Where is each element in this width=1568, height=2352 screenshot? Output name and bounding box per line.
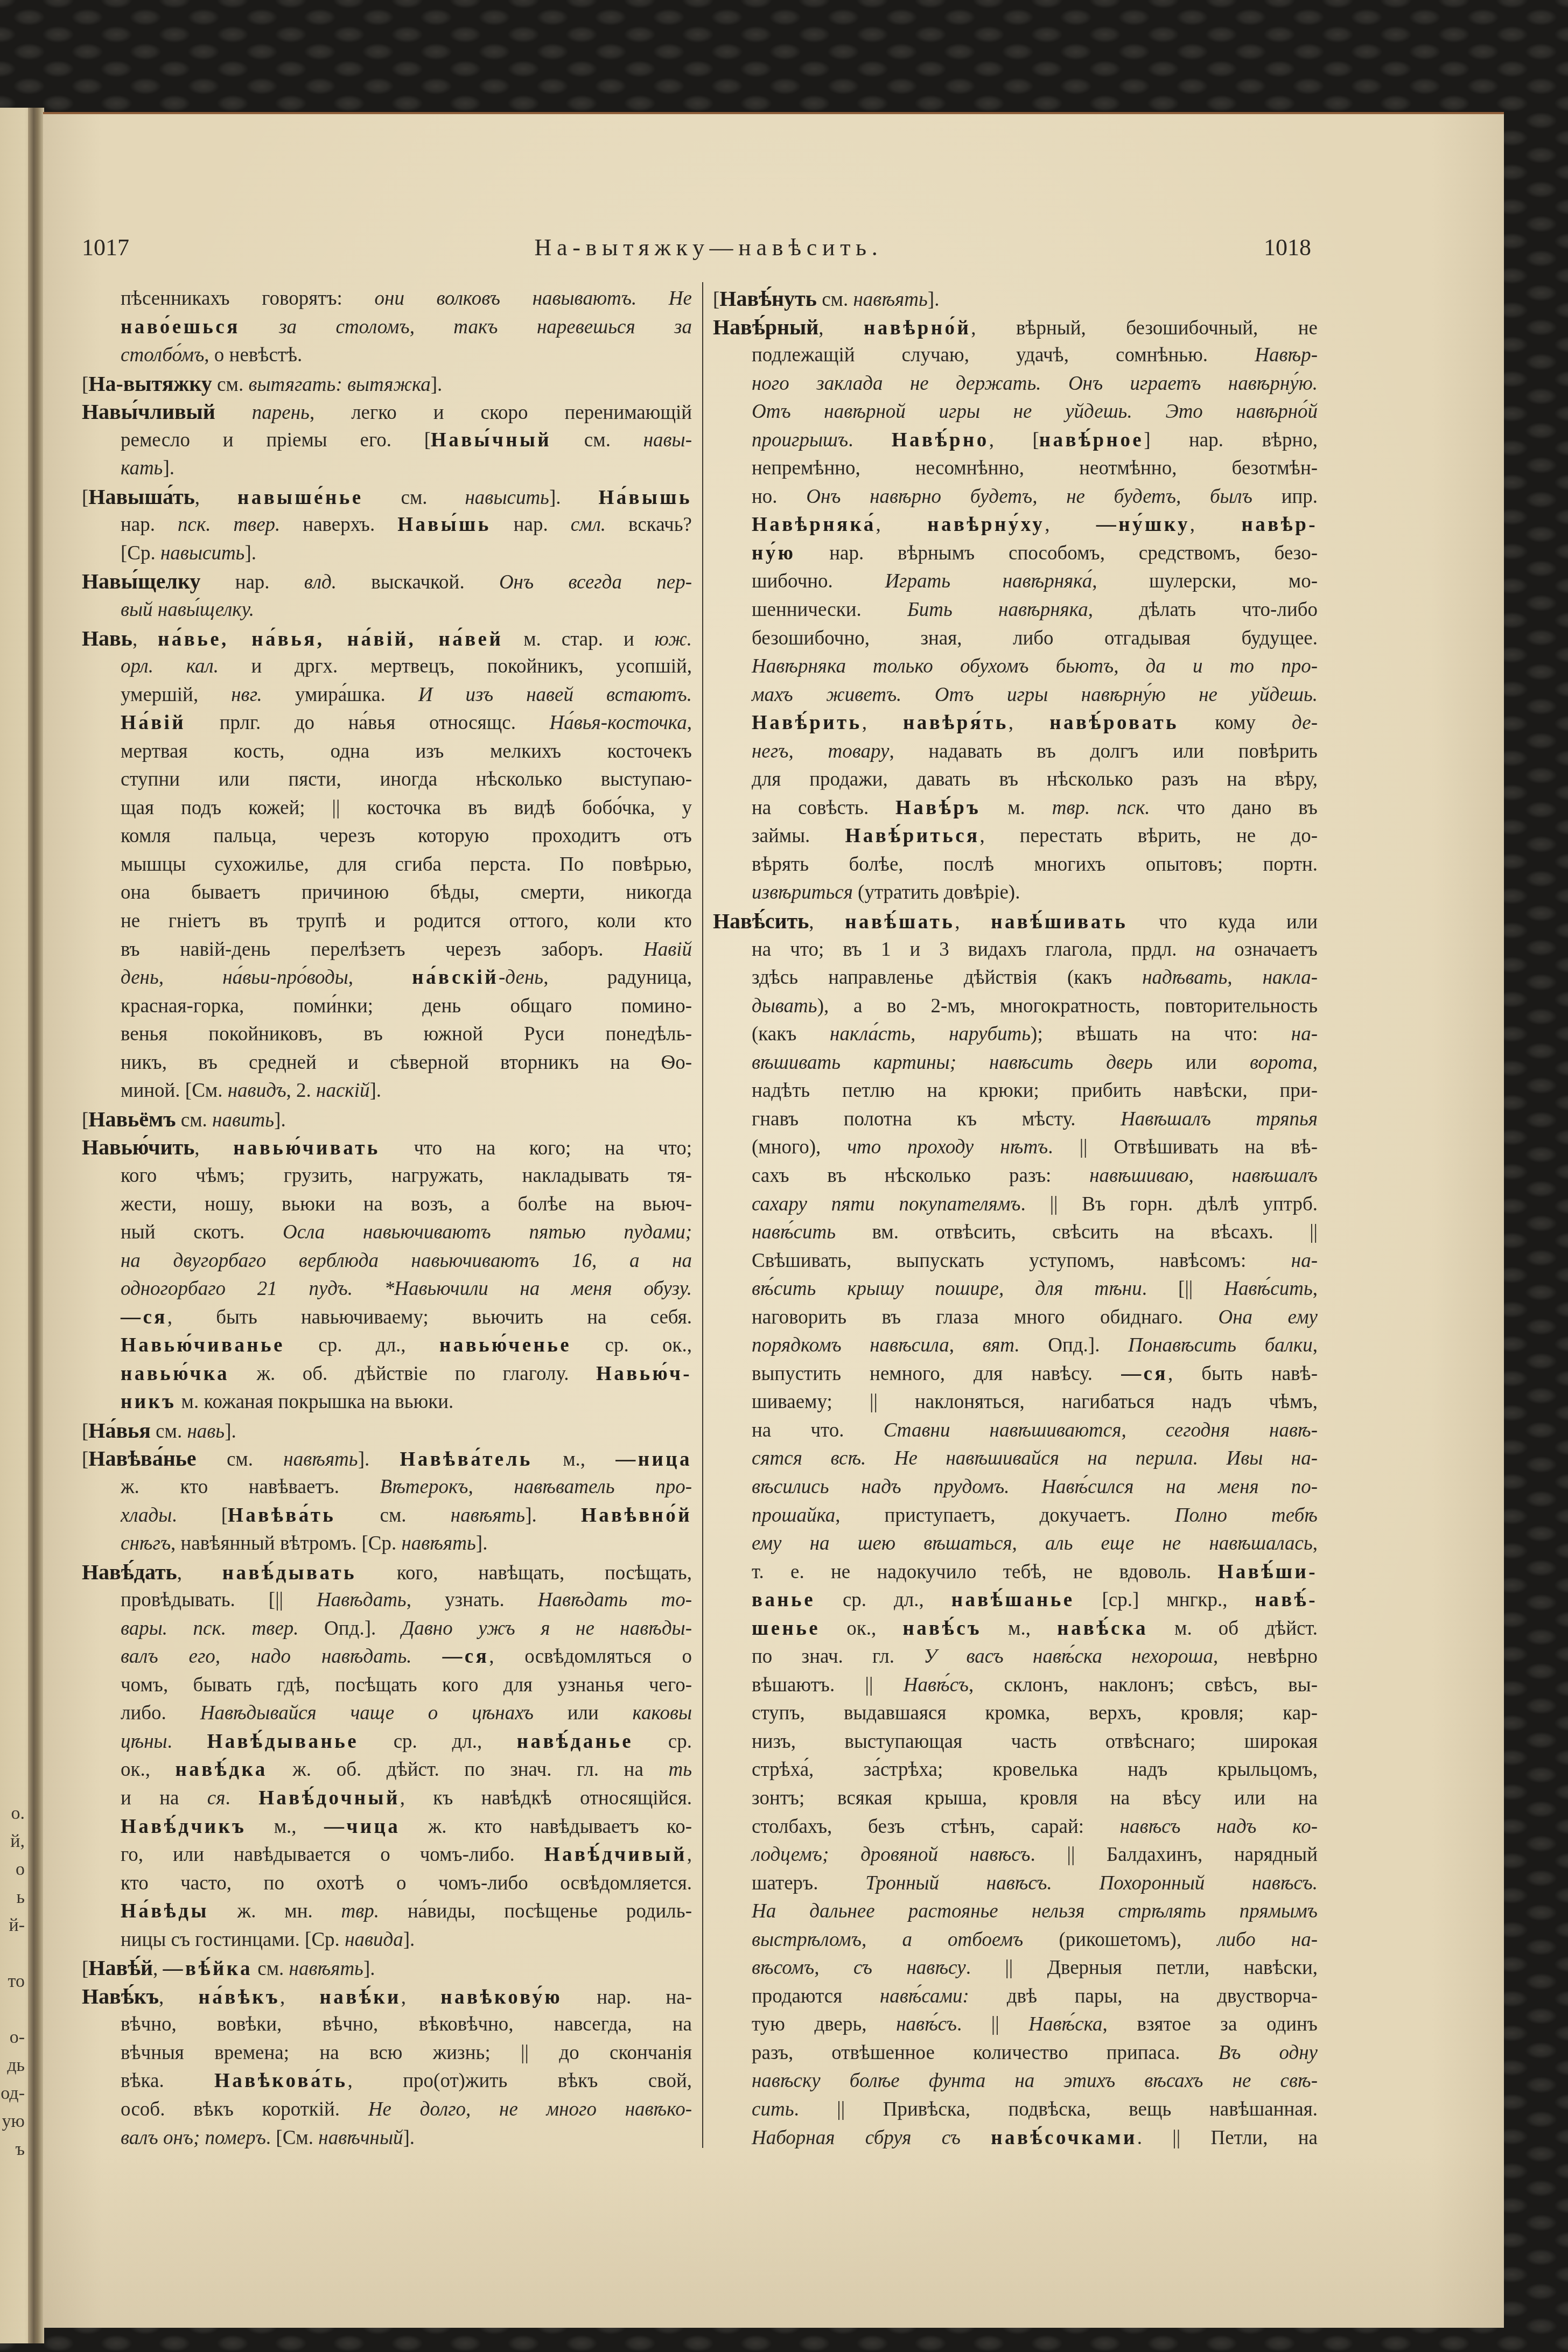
bold-form: ванье [752,1589,815,1611]
body-text: (утратить довѣріе). [853,881,1020,904]
text-line: на что. Ставни навѣшиваются, сегодня нав… [713,1417,1318,1445]
text-line: мышцы сухожилье, для сгиба перста. По по… [82,851,692,879]
bold-form: навью́чка [121,1363,229,1385]
text-line: выстрѣломъ, а отбоемъ (рикошетомъ), либо… [713,1926,1318,1955]
headword: Навѣва́нье [88,1446,196,1471]
body-text: пѣсенникахъ говорятъ: [121,288,375,310]
body-text: ж. кто навѣдываетъ ко- [400,1816,692,1838]
body-text: . || Балдахинъ, нарядный [1030,1844,1318,1866]
text-line: ему на шею вѣшаться, аль еще не навѣшала… [713,1530,1318,1558]
headword: На́вья [88,1418,151,1443]
bold-form: Навѣвно́й [581,1504,692,1527]
italic-text: сахару пяти покупателямъ [752,1193,1021,1215]
body-text: вѣрять болѣе, послѣ многихъ опытовъ; пор… [752,853,1318,876]
italic-text: навѣять [283,1448,358,1471]
italic-text: навидъ [228,1080,286,1102]
body-text: на совѣсть. [752,797,895,819]
bold-form: навѣря́ть [903,712,1009,734]
body-text: [ [82,487,88,509]
italic-text: нвг. [231,684,262,706]
text-line: ванье ср. дл., навѣ́шанье [ср.] мнгкр., … [713,1586,1318,1615]
text-line: щая подъ кожей; || косточка въ видѣ бобо… [82,794,692,823]
italic-text: парень [215,402,310,424]
bold-form: —вѣ́йка [163,1958,253,1980]
text-line: [Ср. навысить]. [82,540,692,568]
italic-text: либо на- [1217,1929,1318,1951]
italic-text: на двугорбаго верблюда навьючиваютъ 16, … [121,1250,692,1272]
text-line: никъ м. кожаная покрышка на вьюки. [82,1388,692,1417]
italic-text: накла́сть, нарубить [830,1023,1031,1045]
bold-form: —ся [121,1306,167,1328]
body-text: особ. вѣкъ короткій. [121,2098,368,2120]
body-text: нар. [121,514,178,536]
bold-form: Навью́ч- [596,1363,692,1385]
text-line: Свѣшивать, выпускать уступомъ, навѣсомъ:… [713,1247,1318,1276]
italic-text: ного заклада не держать. Онъ играетъ нав… [752,373,1318,395]
page-number-left: 1017 [82,234,129,262]
italic-text: Не долго, не много навѣко- [368,2098,692,2120]
italic-text: что проходу нѣтъ [847,1136,1048,1158]
bold-form: Навѣ́рно [892,429,989,451]
body-text: , про(от)жить вѣкъ свой, [348,2070,692,2092]
italic-text: навѣять [451,1504,525,1527]
body-text: шатеръ. [752,1872,865,1894]
text-line: ок., навѣ́дка ж. об. дѣйст. по знач. гл.… [82,1756,692,1784]
text-line: зонтъ; всякая крыша, кровля на вѣсу или … [713,1784,1318,1813]
body-text: ср. ок., [571,1334,692,1356]
body-text: шиваему; || наклоняться, нагибаться надъ… [752,1391,1318,1413]
italic-text: лодцемъ; дровяной навѣсъ [752,1844,1030,1866]
italic-text: навѣять [401,1532,475,1555]
body-text: м. об дѣйст. [1148,1618,1318,1640]
body-text: , дѣлать что-либо [1088,599,1318,621]
text-line: продаются навѣ́сами: двѣ пары, на двуств… [713,1983,1318,2011]
italic-text: Понавѣсить балки [1128,1334,1313,1356]
italic-text: Навѣшалъ тряпья [1121,1108,1318,1130]
body-text: низъ, выступающая часть отвѣснаго; широк… [752,1731,1318,1753]
body-text: ]. [244,542,256,564]
italic-text: Онъ навѣрно будетъ, не будетъ, былъ [806,486,1252,508]
body-text: , 2. [286,1080,317,1102]
body-text: ]. [403,1929,415,1951]
body-text: жести, ношу, вьюки на возъ, а болѣе на в… [121,1193,692,1215]
bold-form: на́вѣкъ [199,1986,281,2008]
body-text: м., [533,1448,616,1471]
adjacent-page-text-fragment: од- [0,2080,25,2108]
text-line: шатеръ. Тронный навѣсъ. Похоронный навѣс… [713,1870,1318,1898]
bold-form: Навѣва́тель [400,1448,533,1471]
bold-form: Навѣкова́ть [214,2070,348,2092]
body-text: , невѣрно [1213,1646,1318,1668]
bold-form: шенье [752,1618,820,1640]
text-line: сить. || Привѣска, подвѣска, вещь навѣша… [713,2096,1318,2124]
body-text: Свѣшивать, выпускать уступомъ, навѣсомъ: [752,1250,1291,1272]
body-text: . [848,429,892,451]
italic-text: порядкомъ навѣсила [752,1334,949,1356]
text-line: шибочно. Играть навѣрняка́, шулерски, мо… [713,568,1318,596]
bold-form: Навѣрняка́ [752,514,876,536]
text-line: го, или навѣдывается о чомъ-либо. Навѣ́д… [82,1841,692,1870]
headword: Навь [82,626,132,650]
body-text: . [225,1787,258,1809]
italic-text: Полно тебѣ [1175,1504,1318,1527]
body-text: шеннически. [752,599,907,621]
text-line: вѣсились надъ прудомъ. Навѣ́сился на мен… [713,1473,1318,1502]
body-text: , [1190,514,1242,536]
body-text: прлг. до на́вья относящс. [186,712,549,734]
body-text: ] нар. вѣрно, [1144,429,1318,451]
text-line: навью́чка ж. об. дѣйствіе по глаголу. На… [82,1360,692,1389]
italic-text: сить [752,2098,794,2120]
text-line: Наборная сбруя съ навѣ́сочками. || Петли… [713,2124,1318,2153]
bold-form: навѣрно́й [864,317,971,339]
italic-text: Навѣдать [317,1589,407,1611]
italic-text: Ставни навѣшиваются, сегодня навѣ- [884,1419,1318,1441]
text-line: подлежащій случаю, удачѣ, сомнѣнью. Навѣ… [713,341,1318,370]
italic-text: пск. твер. [178,514,280,536]
text-line: венья покойниковъ, въ южной Руси понедѣл… [82,1020,692,1049]
body-text: см. [212,374,249,396]
body-text: м., [982,1618,1057,1640]
italic-text: проигрышъ [752,429,848,451]
italic-text: навѣчный [318,2127,403,2149]
headword: Навью́чить [82,1135,194,1159]
running-head-title: На-вытяжку—навѣсить. [439,234,978,262]
body-text: непремѣнно, несомнѣнно, неотмѣнно, безот… [752,457,1318,479]
body-text: и на [121,1787,207,1809]
text-line: кать]. [82,454,692,483]
body-text: [ [82,1420,88,1443]
italic-text: навѣску болѣе фунта на этихъ вѣсахъ не с… [752,2070,1318,2092]
italic-text: На́вья-косточка [549,712,687,734]
text-line: На́вѣды ж. мн. твр. на́виды, посѣщенье р… [82,1898,692,1926]
adjacent-page-fragments: о.й,оьй-тоо-дьод-уюъ [0,1800,25,2164]
text-line: вары. пск. твер. Опд.]. Давно ужъ я не н… [82,1615,692,1643]
body-text: ный скотъ. [121,1221,283,1243]
body-text: ремесло и пріемы его. [ [121,429,431,451]
text-line: нар. пск. твер. наверхъ. Навы́шь нар. см… [82,511,692,540]
body-text: ж. об. дѣйствіе по глаголу. [229,1363,596,1385]
text-line: вый навы́щелку. [82,596,692,625]
italic-text: Наборная сбруя съ [752,2127,991,2149]
book-gutter-shadow [28,108,44,2343]
text-line: день, на́вьи-про́воды, на́вскій-день, ра… [82,964,692,992]
text-line: Навь, на́вье, на́вья, на́вій, на́вей м. … [82,625,692,653]
italic-text: влд. [304,571,337,593]
body-text: венья покойниковъ, въ южной Руси понедѣл… [121,1023,692,1045]
headword: Навыша́ть [88,485,194,509]
text-line: тую дверь, навѣ́съ. || Навѣ́ска, взятое … [713,2011,1318,2039]
italic-text: навѣ́съ [896,2013,957,2035]
text-line: здѣсь направленье дѣйствія (какъ надѣват… [713,964,1318,992]
body-text: , [1045,514,1096,536]
body-text: ср. дл., [285,1334,439,1356]
body-text: что дано въ [1150,797,1318,819]
adjacent-page-text-fragment [0,1940,25,1968]
body-text: здѣсь направленье дѣйствія (какъ [752,967,1142,989]
body-text: сахъ въ нѣсколько разъ: [752,1165,1089,1187]
text-line: (много), что проходу нѣтъ. || Отвѣшивать… [713,1133,1318,1162]
body-text: м. [981,797,1052,819]
text-line: махъ живетъ. Отъ игры навѣрну́ю не уйдеш… [713,681,1318,710]
italic-text: ся [207,1787,226,1809]
text-line: хлады. [Навѣва́ть см. навѣять]. Навѣвно́… [82,1502,692,1530]
italic-text: валъ его, надо навѣдать. [121,1646,442,1668]
body-text: . || Привѣска, подвѣска, вещь навѣшанная… [794,2098,1318,2120]
body-text: ок., [820,1618,902,1640]
italic-text: Навѣдать то- [538,1589,692,1611]
headword: Навѣ́нуть [719,286,817,311]
italic-text: де- [1292,712,1318,734]
text-line: столбахъ, безъ стѣнъ, сарай: навѣсъ надъ… [713,1813,1318,1842]
body-text: ср. дл., [359,1731,517,1753]
body-text: умира́шка. [262,684,418,706]
body-text: . [167,1731,207,1753]
italic-text: смл. [571,514,606,536]
adjacent-page-text-fragment: дь [0,2052,25,2080]
body-text: ж. кто навѣваетъ. [121,1476,380,1498]
text-line: Навы́чливый парень, легко и скоро перени… [82,398,692,426]
body-text: нар. на- [562,1986,692,2008]
body-text: тую дверь, [752,2013,896,2035]
italic-text: день, на́вьи-про́воды [121,967,348,989]
body-text: ипр. [1252,486,1318,508]
headword: Навы́чливый [82,400,215,424]
body-text: ж. об. дѣйст. по знач. гл. на [268,1759,669,1781]
text-line: извѣриться (утратить довѣріе). [713,879,1318,907]
text-line: вѣка. Навѣкова́ть, про(от)жить вѣкъ свой… [82,2067,692,2096]
body-text: [ [82,1109,88,1131]
body-text: , [401,1986,440,2008]
text-line: Навью́чиванье ср. дл., навью́ченье ср. о… [82,1332,692,1360]
body-text: зонтъ; всякая крыша, кровля на вѣсу или … [752,1787,1318,1809]
text-line: (какъ накла́сть, нарубить); вѣшать на чт… [713,1020,1318,1049]
text-line: выпустить немного, для навѣсу. —ся, быть… [713,1360,1318,1389]
text-line: Навѣ́дать, навѣ́дывать кого, навѣщать, п… [82,1558,692,1587]
text-line: Навѣ́рный, навѣрно́й, вѣрный, безошибочн… [713,313,1318,342]
body-text: щая подъ кожей; || косточка въ видѣ бобо… [121,797,692,819]
text-line: [Навыша́ть, навыше́нье см. навысить]. На… [82,483,692,512]
body-text: Опд.]. [299,1618,402,1640]
body-text: , [ [989,429,1039,451]
body-text: безошибочно, зная, либо отгадывая будуще… [752,627,1318,649]
italic-text: Тронный навѣсъ. Похоронный навѣсъ. [865,1872,1318,1894]
text-line: жести, ношу, вьюки на возъ, а болѣе на в… [82,1191,692,1219]
text-line: для продажи, давать въ нѣсколько разъ на… [713,766,1318,794]
bold-form: наво́ешься [121,316,240,338]
body-text: столбахъ, безъ стѣнъ, сарай: [752,1816,1120,1838]
text-line: т. е. не надокучило тебѣ, не вдоволь. На… [713,1558,1318,1587]
body-text: , перестать вѣрить, не до- [979,825,1318,847]
bold-form: Навы́чный [431,429,551,451]
bold-form: —ну́шку [1096,514,1190,536]
italic-text: навида [345,1929,403,1951]
body-text: ]. [363,1958,375,1980]
text-line: по знач. гл. У васъ навѣ́ска нехороша, н… [713,1643,1318,1671]
body-text: , [876,514,928,536]
bold-form: Навѣ́дчивый [544,1844,687,1866]
text-line: [Навѣ́й, —вѣ́йка см. навѣять]. [82,1954,692,1983]
adjacent-page-text-fragment: о. [0,1800,25,1828]
text-line: порядкомъ навѣсила, вят. Опд.]. Понавѣси… [713,1332,1318,1360]
italic-text: навысить [160,542,244,564]
italic-text: снѣгъ [121,1532,171,1555]
bold-form: На́вѣды [121,1900,209,1922]
body-text: го, или навѣдывается о чомъ-либо. [121,1844,544,1866]
text-line: [На-вытяжку см. вытягать: вытяжка]. [82,370,692,398]
text-line: либо. Навѣдывайся чаще о цѣнахъ или како… [82,1699,692,1728]
body-text: продаются [752,1985,880,2007]
text-line: и на ся. Навѣ́дочный, къ навѣдкѣ относящ… [82,1784,692,1813]
body-text: означаетъ [1215,939,1318,961]
text-line: сахъ въ нѣсколько разъ: навѣшиваю, навѣш… [713,1162,1318,1191]
body-text: нар. [200,571,304,593]
body-text: ]. [403,2127,415,2149]
text-line: На дальнее растоянье нельзя стрѣлять пря… [713,1898,1318,1926]
body-text: наверхъ. [280,514,397,536]
body-text: миной. [См. [121,1080,228,1102]
body-text: ); вѣшать на что: [1031,1023,1291,1045]
body-text: либо. [121,1702,200,1724]
body-text: , о невѣстѣ. [204,344,302,366]
body-text: см. [335,1504,450,1527]
italic-text: кать [121,457,163,479]
text-line: шеннически. Бить навѣрняка, дѣлать что-л… [713,596,1318,625]
bold-form: Навѣ́риться [845,825,980,847]
bold-form: Навѣ́ши- [1218,1561,1318,1583]
adjacent-page-text-fragment: о [0,1856,25,1884]
adjacent-page-text-fragment: то [0,1968,25,1996]
italic-text: Она ему [1219,1306,1318,1328]
body-text: . || Въ горн. дѣлѣ уптрб. [1021,1193,1318,1215]
body-text: нар. [491,514,571,536]
body-text: ]. [549,487,598,509]
body-text: вѣка. [121,2070,214,2092]
body-text: , [1313,1052,1318,1074]
body-text: ]. [928,289,940,311]
bold-form: —ница [615,1448,692,1471]
text-line: сахару пяти покупателямъ. || Въ горн. дѣ… [713,1191,1318,1219]
text-line: на совѣсть. Навѣ́ръ м. твр. пск. что дан… [713,794,1318,823]
text-line: лодцемъ; дровяной навѣсъ. || Балдахинъ, … [713,1841,1318,1870]
body-text: вм. отвѣсить, свѣсить на вѣсахъ. || [836,1221,1318,1243]
body-text: что куда или [1128,911,1318,933]
body-text: , [348,967,412,989]
body-text: , [1009,712,1049,734]
italic-text: надѣвать, накла- [1142,967,1318,989]
body-text: , [194,1137,233,1159]
text-line: но. Онъ навѣрно будетъ, не будетъ, былъ … [713,483,1318,512]
text-line: кого чѣмъ; грузить, нагружать, накладыва… [82,1162,692,1191]
adjacent-page-text-fragment: й- [0,1912,25,1940]
body-text: . || Отвѣшивать на вѣ- [1048,1136,1318,1158]
body-text: , надавать въ долгъ или повѣрить [889,740,1318,762]
body-text: шибочно. [752,570,885,592]
body-text: ступни или пясти, иногда нѣсколько высту… [121,768,692,790]
body-text: , [1313,1278,1318,1300]
body-text: см. [363,487,465,509]
body-text: м., [246,1816,324,1838]
text-line: чомъ, бывать гдѣ, посѣщать кого для узна… [82,1671,692,1700]
italic-text: навысить [465,487,549,509]
italic-text: навѣять [853,289,928,311]
page-number-right: 1018 [1264,234,1311,262]
text-line: цѣны. Навѣ́дыванье ср. дл., навѣ́данье с… [82,1728,692,1756]
bold-form: Навы́шь [397,514,491,536]
text-line: Навью́чить, навью́чивать что на кого; на… [82,1133,692,1162]
text-line: займы. Навѣ́риться, перестать вѣрить, не… [713,822,1318,851]
italic-text: юж. [655,628,692,650]
body-text: [Ср. [121,542,160,564]
italic-text: Отъ навѣрной игры не уйдешь. Это навѣрно… [752,401,1318,423]
body-text: , быть навьючиваему; вьючить на себя. [167,1306,692,1328]
body-text: , [809,911,845,933]
bold-form: навѣ́ска [1057,1618,1148,1640]
italic-text: Осла навьючиваютъ пятью пудами; [283,1221,692,1243]
text-line: валъ его, надо навѣдать. —ся, освѣдомлят… [82,1643,692,1671]
bold-form: навью́чивать [233,1137,380,1159]
body-text: выскачкой. [337,571,499,593]
bold-form: навѣ́рное [1039,429,1144,451]
text-line: Навѣ́дчикъ м., —чица ж. кто навѣдываетъ … [82,1813,692,1842]
bold-form: —ся [442,1646,489,1668]
text-line: сятся всѣ. Не навѣшивайся на перила. Ивы… [713,1445,1318,1473]
text-line: вѣшаютъ. || Навѣ́съ, склонъ, наклонъ; св… [713,1671,1318,1700]
text-line: вѣшивать картины; навѣсить дверь или вор… [713,1049,1318,1077]
text-line: мертвая кость, одна изъ мелкихъ косточек… [82,738,692,766]
text-line: миной. [См. навидъ, 2. наскій]. [82,1077,692,1105]
bold-form: навѣ́ки [320,1986,401,2008]
body-text: или [534,1702,633,1724]
italic-text: Бить навѣрняка [907,599,1088,621]
headword: Навѣ́дать [82,1560,177,1584]
body-text: [ [82,1448,88,1471]
italic-text: вый навы́щелку. [121,599,254,621]
text-line: безошибочно, зная, либо отгадывая будуще… [713,625,1318,653]
body-text: , [159,1986,198,2008]
text-line: умершій, нвг. умира́шка. И изъ навей вст… [82,681,692,710]
text-line: ступъ, выдавшаяся кромка, верхъ, кровля;… [713,1699,1318,1728]
text-line: ну́ю нар. вѣрнымъ способомъ, средствомъ,… [713,540,1318,568]
italic-text: выстрѣломъ, а отбоемъ [752,1929,1023,1951]
text-line: негъ, товару, надавать въ долгъ или повѣ… [713,738,1318,766]
text-line: вѣчно, вовѣки, вѣчно, вѣковѣчно, навсегд… [82,2011,692,2039]
text-line: На́вій прлг. до на́вья относящс. На́вья-… [82,709,692,738]
text-line: ступни или пясти, иногда нѣсколько высту… [82,766,692,794]
italic-text: вѣшивать картины; навѣсить дверь [752,1052,1153,1074]
italic-text: ворота [1250,1052,1313,1074]
text-line: ницы съ гостинцами. [Ср. навида]. [82,1926,692,1955]
text-line: ный скотъ. Осла навьючиваютъ пятью пудам… [82,1219,692,1247]
italic-text: сятся всѣ. Не навѣшивайся на перила. Ивы… [752,1447,1318,1469]
italic-text: Вѣтерокъ, навѣватель про- [380,1476,692,1498]
italic-text: У васъ навѣ́ска нехороша [923,1646,1213,1668]
body-text: , [280,1986,319,2008]
text-line: валъ онъ; померъ. [См. навѣчный]. [82,2124,692,2153]
bold-form: навью́ченье [439,1334,571,1356]
text-line: она бываетъ причиною бѣды, смерти, никог… [82,879,692,907]
body-text: [ср.] мнгкр., [1075,1589,1255,1611]
text-line: наво́ешься за столомъ, такъ наревешься з… [82,313,692,342]
text-line: непремѣнно, несомнѣнно, неотмѣнно, безот… [713,454,1318,483]
body-text: ницы съ гостинцами. [Ср. [121,1929,345,1951]
italic-text: навѣшиваю, навѣшалъ [1089,1165,1318,1187]
bold-form: Навѣ́дочный [258,1787,400,1809]
italic-text: валъ онъ; померъ [121,2127,266,2149]
text-line: Навѣ́рить, навѣря́ть, навѣ́ровать кому д… [713,709,1318,738]
headword: Навѣ́й [88,1956,153,1980]
italic-text: вары. пск. твер. [121,1618,299,1640]
